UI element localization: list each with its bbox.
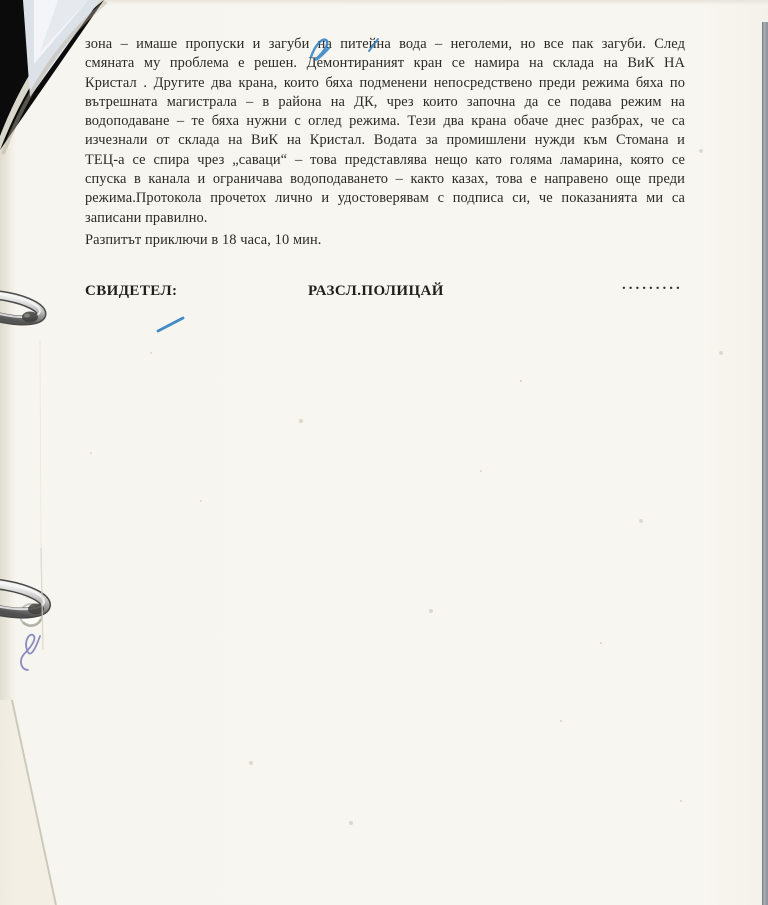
closing-time-line: Разпитът приключи в 18 часа, 10 мин. [85,231,685,250]
scanned-document-page: зона – имаше пропуски и загуби на питейн… [0,0,768,905]
officer-label: РАЗСЛ.ПОЛИЦАЙ [308,283,444,300]
signature-row: СВИДЕТЕЛ: РАЗСЛ.ПОЛИЦАЙ ......... [0,281,768,303]
body-line: изчезнали от склада на ВиК на Кристал. В… [85,131,685,150]
statement-text: зона – имаше пропуски и загуби на питейн… [85,35,685,228]
body-line: вътрешната магистрала – в района на ДК, … [85,93,685,112]
witness-label: СВИДЕТЕЛ: [85,283,177,300]
signature-dots: ......... [622,277,683,294]
body-line: смяната му проблема е решен. Демонтирани… [85,54,685,73]
body-line: ТЕЦ-а се спира чрез „саваци“ – това пред… [85,151,685,170]
body-line: спуска в канала и ограничава водоподаван… [85,170,685,189]
body-line: водоподаване – те бяха нужни с оглед реж… [85,112,685,131]
body-line: Кристал . Другите два крана, които бяха … [85,74,685,93]
body-line: зона – имаше пропуски и загуби на питейн… [85,35,685,54]
body-line: записани правилно. [85,209,685,228]
scanner-edge-strip [762,22,768,905]
body-line: режима.Протокола прочетох лично и удосто… [85,189,685,208]
